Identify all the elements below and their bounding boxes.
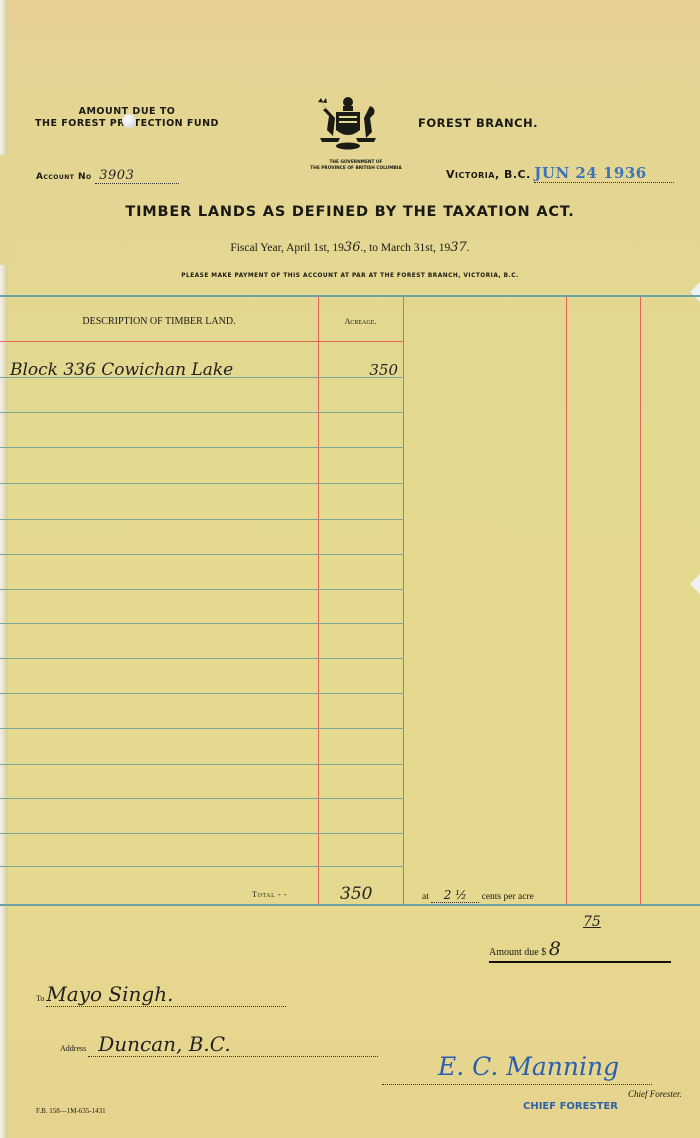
- coat-of-arms-icon: [312, 94, 384, 156]
- rate-prefix: at: [422, 892, 429, 902]
- timber-tax-form: AMOUNT DUE TO THE FOREST PROTECTION FUND…: [0, 0, 700, 1138]
- rate-row: at 2 ½ cents per acre: [422, 888, 534, 903]
- row-rule: [0, 833, 404, 834]
- date-field: JUN 24 1936: [534, 164, 674, 183]
- amount-due-label: Amount due $: [489, 947, 546, 958]
- fiscal-suffix: .: [467, 242, 470, 254]
- location: Victoria, B.C.: [446, 168, 531, 181]
- land-description: Block 336 Cowichan Lake: [10, 360, 233, 380]
- row-rule: [0, 623, 404, 624]
- to-label: To: [36, 994, 44, 1003]
- row-rule: [0, 412, 404, 413]
- row-rule: [0, 554, 404, 555]
- column-header-description: DESCRIPTION OF TIMBER LAND.: [0, 316, 318, 327]
- amount-dollars: 8: [549, 938, 561, 960]
- fiscal-year: Fiscal Year, April 1st, 1936., to March …: [0, 240, 700, 255]
- recipient-row: To Mayo Singh.: [36, 982, 286, 1007]
- row-rule: [0, 589, 404, 590]
- table-bottom-rule: [0, 904, 700, 906]
- signature-line: [382, 1084, 652, 1085]
- column-divider: [640, 297, 641, 904]
- branch-name: FOREST BRANCH.: [418, 116, 538, 130]
- table-top-rule: [0, 295, 700, 297]
- rate-value: 2 ½: [431, 888, 479, 903]
- rate-suffix: cents per acre: [482, 892, 534, 902]
- amount-cents: 75: [583, 914, 601, 930]
- account-number: 3903: [95, 168, 179, 184]
- paper-tear: [690, 282, 700, 302]
- paper-tear: [690, 574, 700, 594]
- fiscal-start-year: 36: [344, 240, 361, 255]
- column-header-acreage: Acreage.: [318, 317, 403, 326]
- location-date-row: Victoria, B.C. JUN 24 1936: [446, 164, 674, 183]
- address-row: Address Duncan, B.C.: [60, 1032, 378, 1057]
- date-stamp: JUN 24 1936: [534, 164, 646, 182]
- fiscal-end-year: 37: [450, 240, 467, 255]
- recipient-name: Mayo Singh.: [46, 982, 286, 1007]
- signature: E. C. Manning: [438, 1052, 619, 1081]
- header-rule: [0, 341, 404, 342]
- row-rule: [0, 866, 404, 867]
- row-rule: [0, 447, 404, 448]
- row-rule: [0, 483, 404, 484]
- row-rule: [0, 798, 404, 799]
- crest-caption-line2: THE PROVINCE OF BRITISH COLUMBIA: [300, 166, 412, 172]
- total-label: Total - -: [252, 890, 287, 899]
- row-rule: [0, 764, 404, 765]
- account-label: Account No: [36, 172, 92, 182]
- fiscal-prefix: Fiscal Year, April 1st, 19: [230, 242, 344, 254]
- crest-caption: THE GOVERNMENT OF THE PROVINCE OF BRITIS…: [300, 160, 412, 172]
- land-acreage: 350: [318, 361, 398, 379]
- row-rule: [0, 728, 404, 729]
- column-divider: [403, 297, 404, 904]
- row-rule: [0, 519, 404, 520]
- row-rule: [0, 658, 404, 659]
- total-acreage: 350: [340, 884, 372, 904]
- column-divider: [566, 297, 567, 904]
- signatory-title: Chief Forester.: [628, 1089, 682, 1099]
- signatory-stamp: CHIEF FORESTER: [523, 1101, 618, 1112]
- column-divider: [318, 297, 319, 904]
- recipient-address: Duncan, B.C.: [88, 1032, 378, 1057]
- fiscal-middle: ., to March 31st, 19: [360, 242, 450, 254]
- row-rule: [0, 693, 404, 694]
- form-title: TIMBER LANDS AS DEFINED BY THE TAXATION …: [0, 204, 700, 220]
- form-code: F.B. 158—1M-635-1431: [36, 1107, 106, 1115]
- account-number-row: Account No 3903: [36, 168, 179, 184]
- punch-hole: [122, 114, 136, 128]
- address-label: Address: [60, 1044, 86, 1053]
- amount-due-row: Amount due $ 8: [489, 938, 671, 963]
- payment-note: PLEASE MAKE PAYMENT OF THIS ACCOUNT AT P…: [0, 273, 700, 279]
